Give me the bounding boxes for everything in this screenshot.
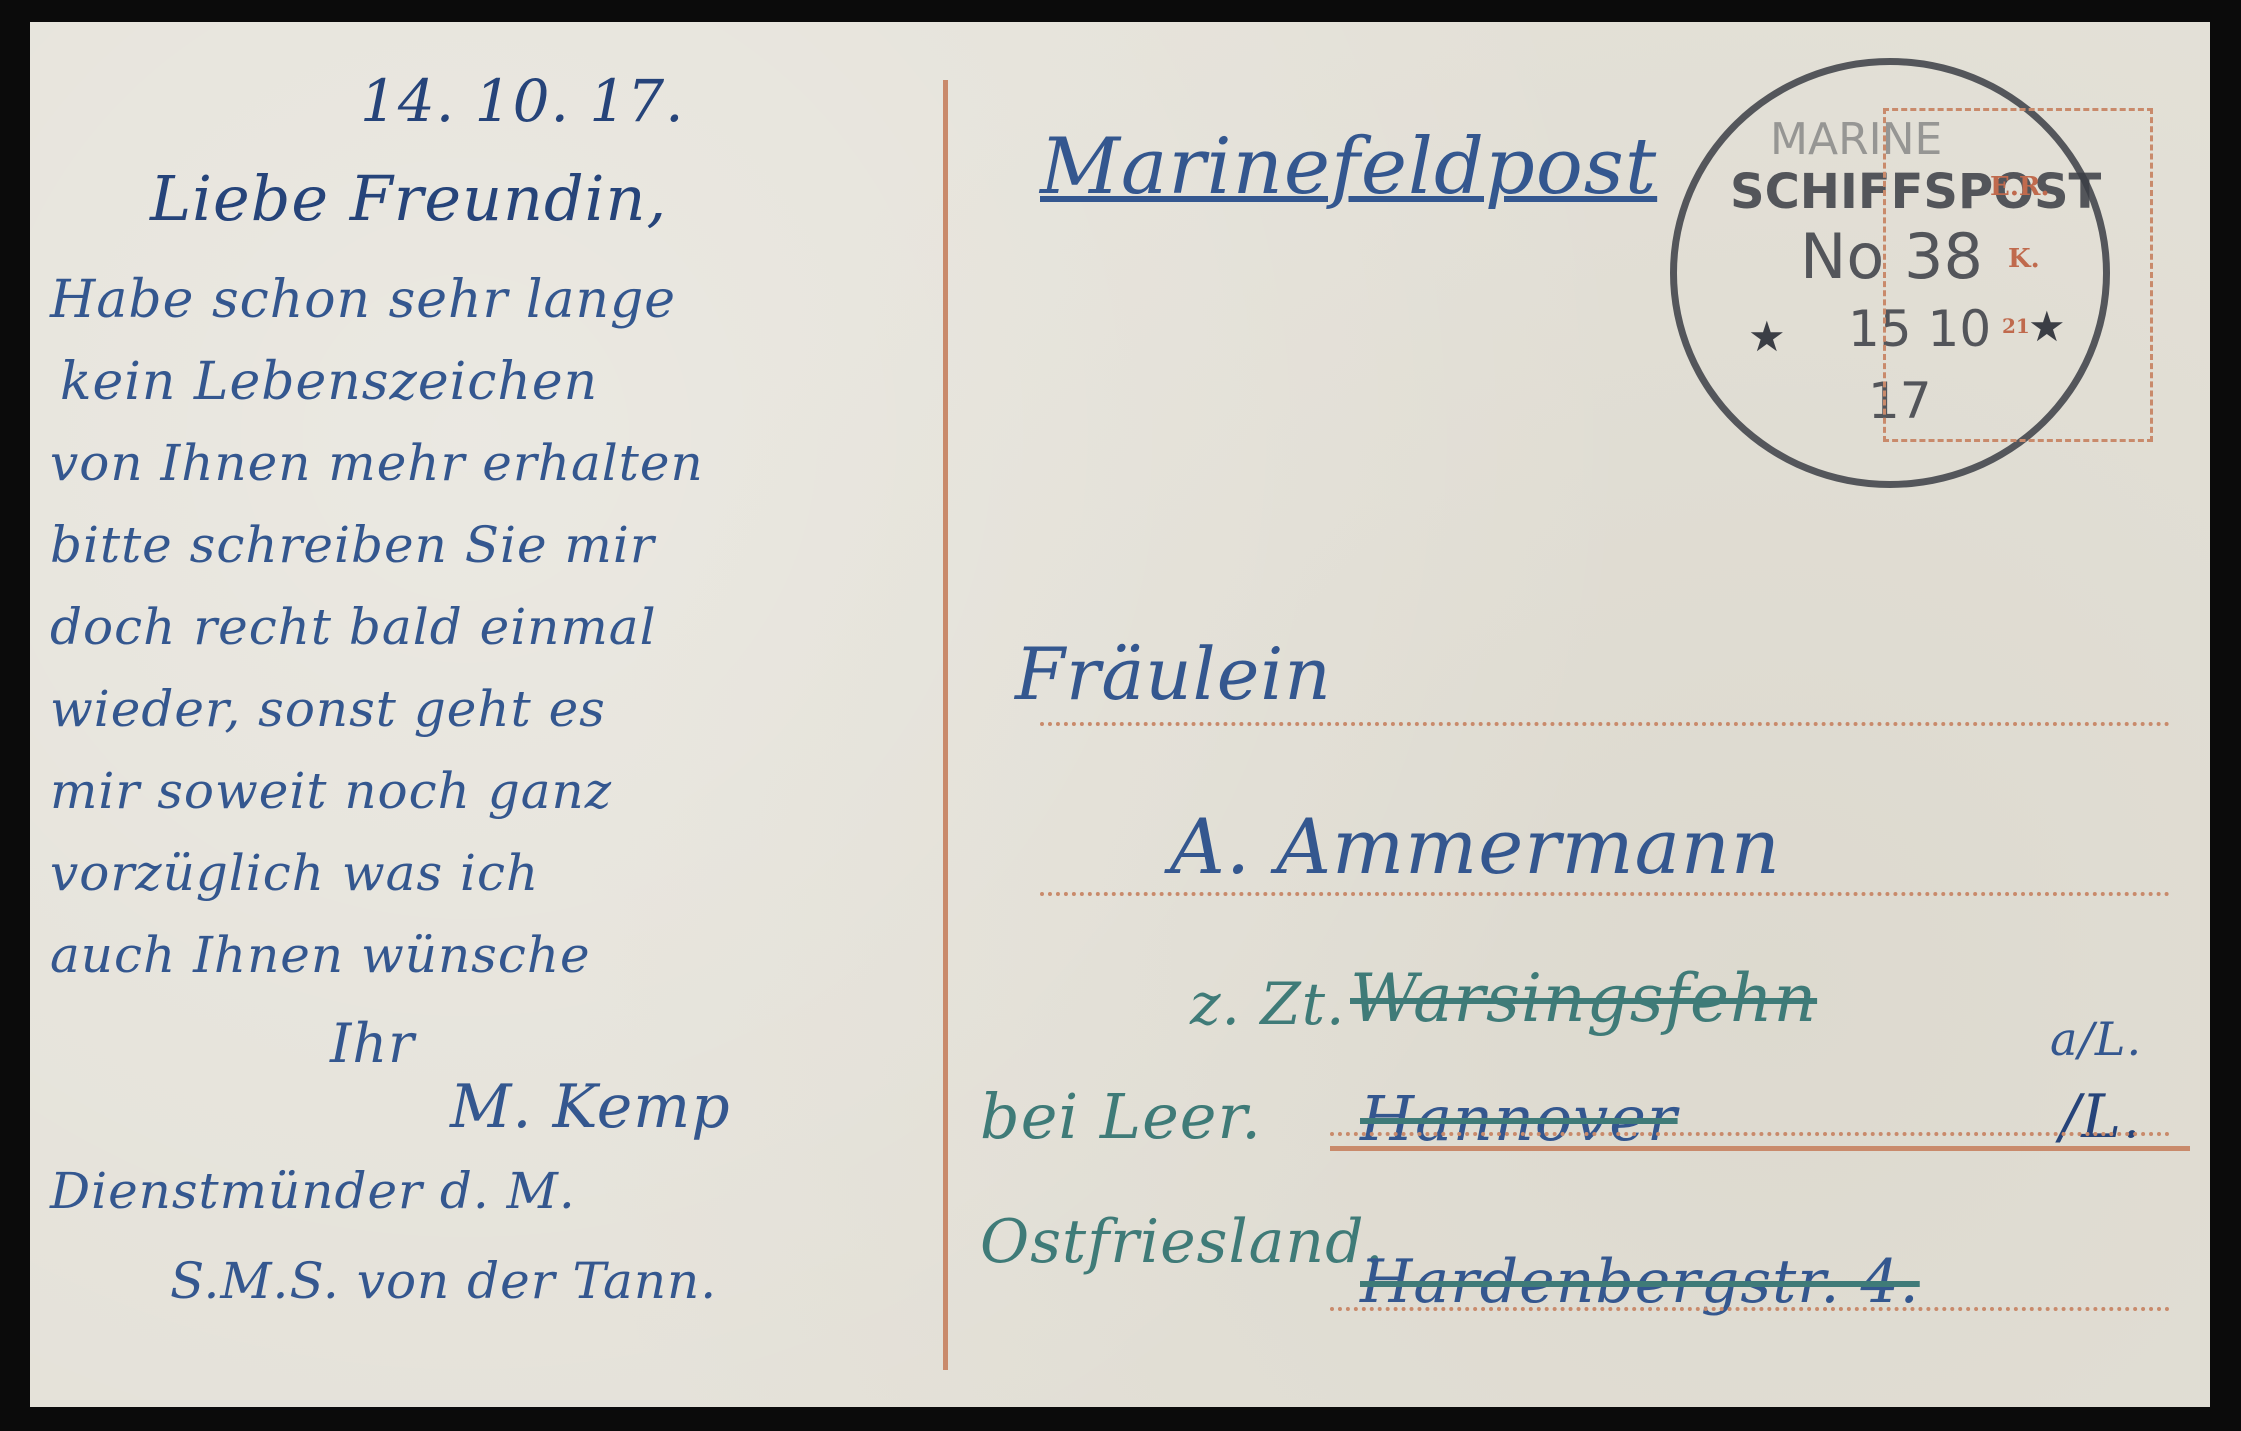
address-line3-prefix: z. Zt. <box>1190 970 1345 1038</box>
letter-rank: Dienstmünder d. M. <box>50 1162 576 1220</box>
stamp-label-k: K. <box>2008 244 2040 274</box>
letter-line: kein Lebenszeichen <box>60 352 598 412</box>
letter-ship: S.M.S. von der Tann. <box>170 1252 717 1310</box>
letter-line: vorzüglich was ich <box>50 844 539 902</box>
letter-line: von Ihnen mehr erhalten <box>50 434 704 492</box>
letter-line: mir soweit noch ganz <box>50 762 612 820</box>
letter-signature: M. Kemp <box>450 1072 731 1142</box>
service-note: Marinefeldpost <box>1040 122 1657 212</box>
letter-line: bitte schreiben Sie mir <box>50 516 655 574</box>
stamp-placeholder-box <box>1883 108 2153 442</box>
address-rule-3-solid <box>1330 1146 2190 1151</box>
address-name: A. Ammermann <box>1170 802 1781 891</box>
letter-line: Habe schon sehr lange <box>50 270 676 330</box>
center-divider <box>943 80 948 1370</box>
address-line4-prefix: bei Leer. <box>980 1080 1262 1153</box>
address-line3-suffix: a/L. <box>2050 1012 2142 1066</box>
letter-closing: Ihr <box>330 1012 415 1075</box>
star-icon: ★ <box>1748 312 1786 361</box>
letter-line: wieder, sonst geht es <box>50 680 606 738</box>
letter-salutation: Liebe Freundin, <box>150 162 667 235</box>
address-line3-place: Warsingsfehn <box>1350 960 1817 1037</box>
stamp-label-er: E.R. <box>1990 172 2050 202</box>
address-rule-2 <box>1040 892 2170 896</box>
letter-date: 14. 10. 17. <box>360 67 685 135</box>
address-line4-crossed: Hannover <box>1360 1082 1678 1155</box>
address-line5-prefix: Ostfriesland. <box>980 1207 1385 1277</box>
address-title: Fräulein <box>1015 632 1332 716</box>
letter-line: doch recht bald einmal <box>50 598 657 656</box>
address-rule-4 <box>1330 1307 2170 1311</box>
stamp-label-21: 21 <box>2002 314 2030 338</box>
address-rule-3 <box>1330 1132 2170 1136</box>
postcard: 14. 10. 17. Liebe Freundin, Habe schon s… <box>30 22 2210 1407</box>
address-rule-1 <box>1040 722 2170 726</box>
address-line4-suffix: /L. <box>2060 1082 2142 1152</box>
letter-line: auch Ihnen wünsche <box>50 926 591 984</box>
